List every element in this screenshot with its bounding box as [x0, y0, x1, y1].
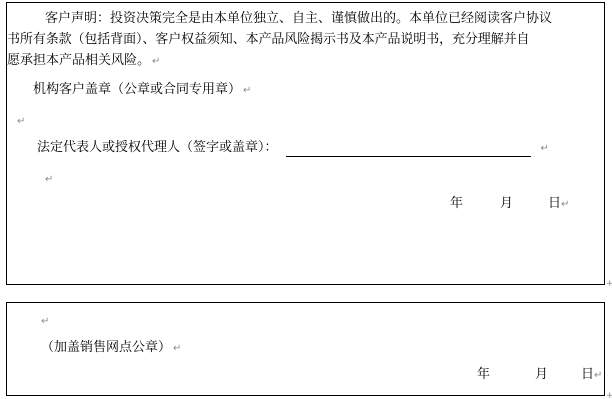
paragraph-mark-icon: ↵	[243, 85, 251, 96]
date-day-text: 日	[581, 367, 594, 382]
date-day-label: 日↵	[581, 367, 602, 384]
empty-paragraph: ↵	[39, 313, 49, 330]
date-year-label: 年	[450, 196, 463, 212]
paragraph-mark-icon: ↵	[173, 343, 181, 354]
sales-seal-line: （加盖销售网点公章）↵	[41, 340, 181, 357]
paragraph-mark-icon: ↵	[594, 370, 602, 381]
paragraph-mark-icon: ↵	[152, 56, 160, 67]
empty-paragraph: ↵	[43, 171, 53, 188]
date-month-label: 月	[500, 196, 513, 212]
signature-field[interactable]	[286, 142, 531, 157]
paragraph-mark-icon: ↵	[541, 143, 549, 154]
customer-declaration-box: 客户声明：投资决策完全是由本单位独立、自主、谨慎做出的。本单位已经阅读客户协议 …	[6, 2, 605, 285]
declaration-line-3: 愿承担本产品相关风险。↵	[7, 53, 160, 70]
institution-seal-label: 机构客户盖章（公章或合同专用章）	[33, 82, 241, 97]
declaration-line-2: 书所有条款（包括背面）、客户权益须知、本产品风险揭示书及本产品说明书，充分理解并…	[7, 32, 529, 48]
declaration-line-1: 客户声明：投资决策完全是由本单位独立、自主、谨慎做出的。本单位已经阅读客户协议	[45, 11, 552, 27]
date-day-label: 日↵	[548, 196, 569, 213]
sales-branch-seal-box: ↵ （加盖销售网点公章）↵ 年 月 日↵	[6, 302, 605, 396]
date-day-text: 日	[548, 196, 561, 211]
representative-line: 法定代表人或授权代理人（签字或盖章）：↵	[37, 140, 549, 157]
declaration-text: 书所有条款（包括背面）、客户权益须知、本产品风险揭示书及本产品说明书，充分理解并…	[7, 32, 529, 47]
paragraph-mark-icon: ↵	[45, 174, 53, 185]
date-year-label: 年	[477, 367, 490, 383]
declaration-text: 愿承担本产品相关风险。	[7, 53, 150, 68]
paragraph-mark-icon: ↵	[17, 116, 25, 127]
cell-end-marker-icon: +	[606, 392, 612, 399]
declaration-text: 客户声明：投资决策完全是由本单位独立、自主、谨慎做出的。本单位已经阅读客户协议	[45, 11, 552, 26]
empty-paragraph: ↵	[15, 113, 25, 130]
representative-label: 法定代表人或授权代理人（签字或盖章）：	[37, 140, 278, 155]
sales-seal-label: （加盖销售网点公章）	[41, 340, 171, 355]
institution-seal-line: 机构客户盖章（公章或合同专用章）↵	[33, 82, 251, 99]
date-month-label: 月	[535, 367, 548, 383]
paragraph-mark-icon: ↵	[41, 316, 49, 327]
cell-end-marker-icon: +	[606, 280, 612, 289]
paragraph-mark-icon: ↵	[561, 199, 569, 210]
